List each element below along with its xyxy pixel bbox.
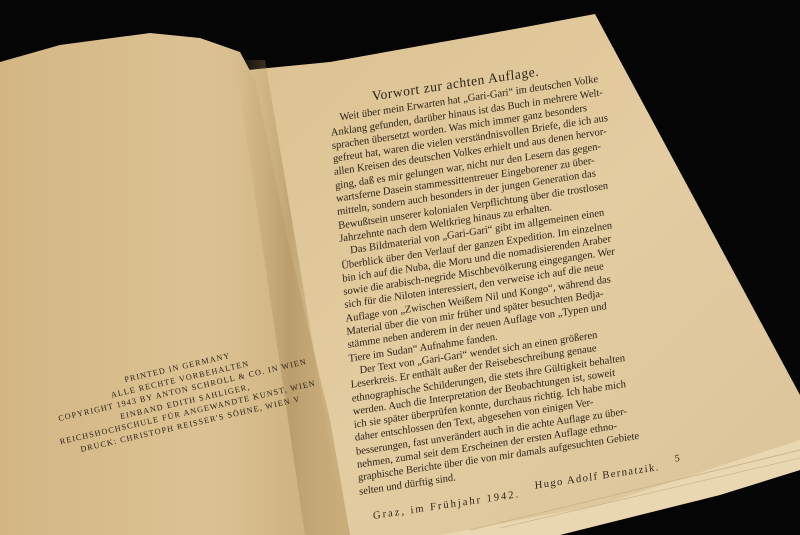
page-number: 5 [674, 452, 680, 466]
book-photo: Vorwort zur achten Auflage. Weit über me… [0, 0, 800, 535]
preface-body: Weit über mein Erwarten hat „Gari-Gari“ … [329, 71, 640, 498]
right-page-text: Vorwort zur achten Auflage. Weit über me… [328, 54, 642, 520]
